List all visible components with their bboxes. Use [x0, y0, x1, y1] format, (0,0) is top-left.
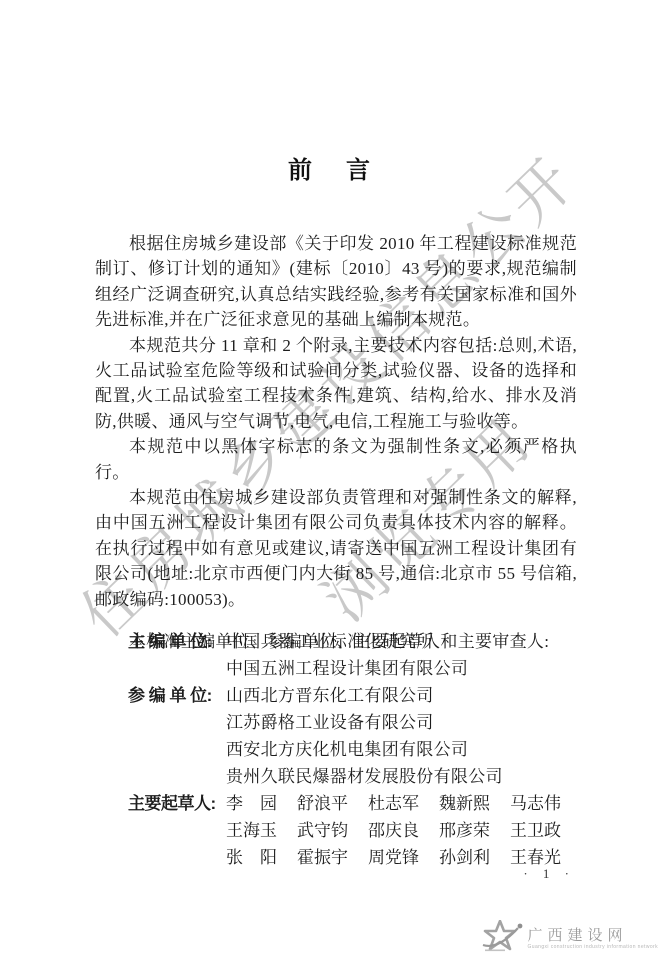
chief-editing-unit-label: 主 编 单 位:: [128, 628, 226, 655]
participating-unit-label: 参 编 单 位:: [128, 682, 226, 709]
preface-paragraphs: 根据住房城乡建设部《关于印发 2010 年工程建设标准规范制订、修订计划的通知》…: [95, 231, 577, 655]
unit-name: 中国五洲工程设计集团有限公司: [226, 655, 577, 682]
site-logo: 广西建设网 Guangxi construction industry info…: [480, 920, 659, 957]
drafter-name: 王海玉: [226, 817, 277, 844]
paragraph-basis: 根据住房城乡建设部《关于印发 2010 年工程建设标准规范制订、修订计划的通知》…: [95, 231, 577, 333]
site-logo-name: 广西建设网: [528, 928, 659, 944]
unit-name: 西安北方庆化机电集团有限公司: [226, 736, 577, 763]
credits-block: 主 编 单 位: 中国兵器工业标准化研究所 中国五洲工程设计集团有限公司 参 编…: [128, 628, 577, 871]
paragraph-mandatory-clauses: 本规范中以黑体字标志的条文为强制性条文,必须严格执行。: [95, 434, 577, 485]
chief-drafters-label: 主要起草人:: [128, 790, 226, 817]
unit-name: 江苏爵格工业设备有限公司: [226, 709, 577, 736]
drafter-name: 杜志军: [368, 790, 419, 817]
drafters-name-row: 李 园 舒浪平 杜志军 魏新熙 马志伟: [226, 790, 577, 817]
page-number: · 1 ·: [523, 866, 575, 882]
drafter-name: 舒浪平: [297, 790, 348, 817]
drafter-name: 邢彦荣: [439, 817, 490, 844]
paragraph-scope: 本规范共分 11 章和 2 个附录,主要技术内容包括:总则,术语,火工品试验室危…: [95, 333, 577, 435]
site-logo-tagline: Guangxi construction industry informatio…: [528, 944, 659, 950]
chief-editing-unit-values: 中国兵器工业标准化研究所 中国五洲工程设计集团有限公司: [226, 628, 577, 682]
drafter-name: 张 阳: [226, 844, 277, 871]
star-swoosh-icon: [480, 920, 524, 957]
participating-unit-row: 参 编 单 位: 山西北方晋东化工有限公司 江苏爵格工业设备有限公司 西安北方庆…: [128, 682, 577, 790]
drafter-name: 马志伟: [510, 790, 561, 817]
drafter-name: 李 园: [226, 790, 277, 817]
drafter-name: 孙剑利: [439, 844, 490, 871]
unit-name: 中国兵器工业标准化研究所: [226, 628, 577, 655]
chief-drafters-values: 李 园 舒浪平 杜志军 魏新熙 马志伟 王海玉 武守钧 邵庆良 邢彦荣 王卫政: [226, 790, 577, 871]
drafter-name: 霍振宇: [297, 844, 348, 871]
drafters-name-row: 王海玉 武守钧 邵庆良 邢彦荣 王卫政: [226, 817, 577, 844]
drafter-name: 武守钧: [297, 817, 348, 844]
page-title: 前 言: [0, 150, 663, 185]
chief-editing-unit-row: 主 编 单 位: 中国兵器工业标准化研究所 中国五洲工程设计集团有限公司: [128, 628, 577, 682]
drafter-name: 魏新熙: [439, 790, 490, 817]
unit-name: 山西北方晋东化工有限公司: [226, 682, 577, 709]
unit-name: 贵州久联民爆器材发展股份有限公司: [226, 763, 577, 790]
chief-drafters-row: 主要起草人: 李 园 舒浪平 杜志军 魏新熙 马志伟 王海玉 武守钧 邵庆良 邢…: [128, 790, 577, 871]
drafter-name: 周党锋: [368, 844, 419, 871]
participating-unit-values: 山西北方晋东化工有限公司 江苏爵格工业设备有限公司 西安北方庆化机电集团有限公司…: [226, 682, 577, 790]
site-logo-text-block: 广西建设网 Guangxi construction industry info…: [528, 928, 659, 950]
drafter-name: 邵庆良: [368, 817, 419, 844]
paragraph-administration: 本规范由住房城乡建设部负责管理和对强制性条文的解释,由中国五洲工程设计集团有限公…: [95, 485, 577, 612]
document-page: 住房城乡建设信息公开 浏览专用 前 言 根据住房城乡建设部《关于印发 2010 …: [0, 0, 663, 963]
drafter-name: 王卫政: [510, 817, 561, 844]
